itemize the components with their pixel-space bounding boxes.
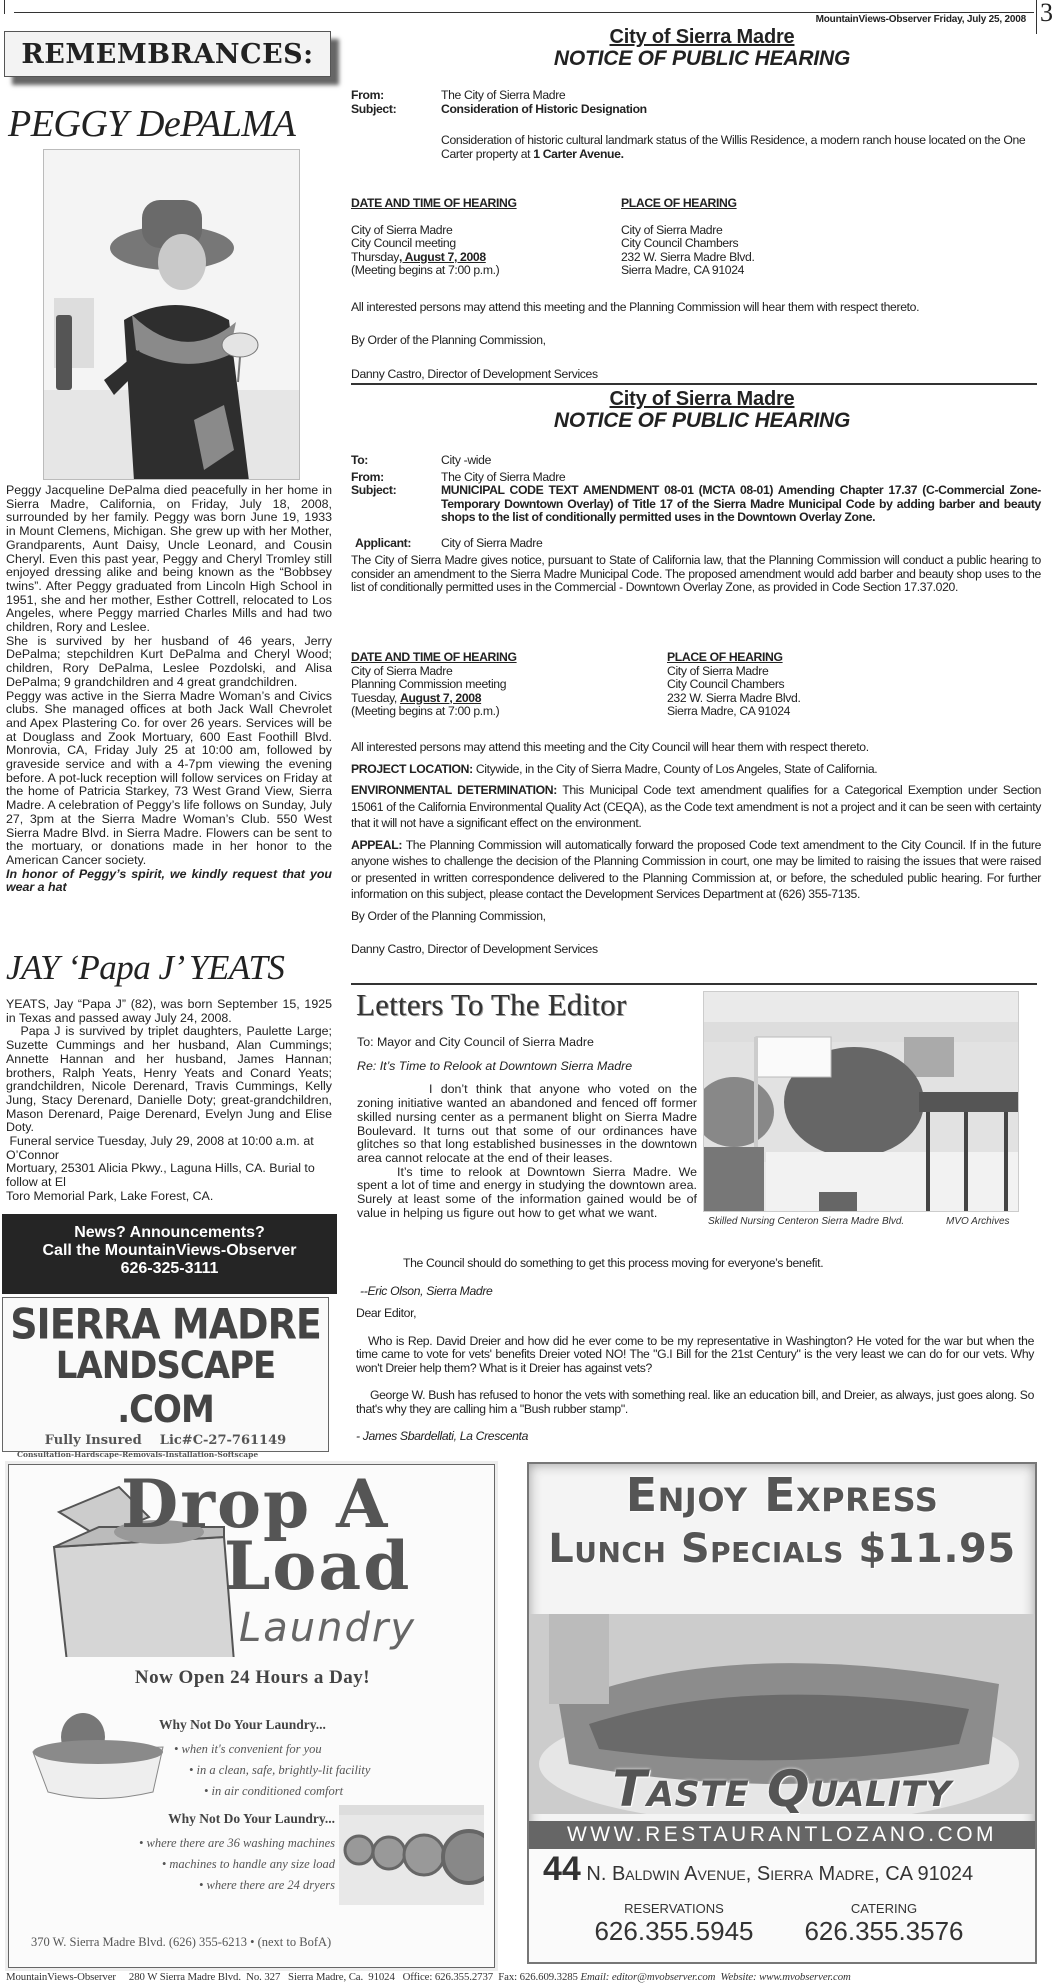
obituary-body-yeats: YEATS, Jay “Papa J” (82), was born Septe… <box>6 998 332 1204</box>
notice-2-signature: Danny Castro, Director of Development Se… <box>351 941 1041 958</box>
date-line: City of Sierra Madre <box>351 224 621 238</box>
obituary-body-peggy: Peggy Jacqueline DePalma died peacefully… <box>6 484 332 895</box>
restaurant-website-bar: WWW.RESTAURANTLOZANO.COM <box>529 1821 1035 1849</box>
restaurant-street-number: 44 <box>543 1850 581 1888</box>
letter-1-signature: --Eric Olson, Sierra Madre <box>357 1284 492 1298</box>
letter-1-closing: The Council should do something to get t… <box>403 1256 1043 1270</box>
date-time: (Meeting begins at 7:00 p.m.) <box>351 264 621 278</box>
notice-2-header-fields: To:City -wide From:The City of Sierra Ma… <box>351 454 1041 595</box>
section-divider <box>351 983 1037 985</box>
letters-heading: Letters To The Editor <box>356 987 626 1023</box>
place-heading: PLACE OF HEARING <box>621 197 891 211</box>
catering-phone: 626.355.3576 <box>779 1916 989 1947</box>
laundry-why-2: Why Not Do Your Laundry... <box>115 1811 335 1827</box>
letter-2: Dear Editor, Who is Rep. David Dreier an… <box>356 1307 1034 1444</box>
appeal-value: The Planning Commission will automatical… <box>351 838 1041 902</box>
landscape-title-1: SIERRA MADRE <box>3 1302 328 1346</box>
footer-publication: MountainViews-Observer <box>6 1971 116 1983</box>
notice-2-intro: The City of Sierra Madre gives notice, p… <box>351 554 1041 595</box>
laundry-bullet: • machines to handle any size load <box>69 1854 335 1875</box>
place-line: Sierra Madre, CA 91024 <box>621 264 891 278</box>
from-value: The City of Sierra Madre <box>441 470 565 484</box>
laundry-basket-photo <box>23 1707 173 1802</box>
date-line: City Council meeting <box>351 237 621 251</box>
notice-2-heading: City of Sierra Madre NOTICE OF PUBLIC HE… <box>352 388 1052 433</box>
restaurant-tagline: Taste Quality <box>529 1760 1035 1818</box>
photo-credit: MVO Archives <box>946 1216 1010 1227</box>
laundry-bullet: • when it's convenient for you <box>174 1739 370 1760</box>
top-rule <box>14 12 1034 13</box>
letter-1-paragraph: It’s time to relook at Downtown Sierra M… <box>357 1166 697 1221</box>
news-line-1: News? Announcements? <box>2 1224 337 1242</box>
to-label: To: <box>351 454 441 468</box>
place-line: City Council Chambers <box>667 678 967 692</box>
footer-email[interactable]: editor@mvobserver.com <box>612 1971 715 1983</box>
laundry-bullets-1: • when it's convenient for you • in a cl… <box>174 1739 370 1802</box>
obituary-name-yeats: JAY ‘Papa J’ YEATS <box>6 948 284 988</box>
laundry-bullet: • where there are 36 washing machines <box>69 1833 335 1854</box>
nursing-center-photo <box>703 991 1019 1212</box>
notice-2-place-block: PLACE OF HEARING City of Sierra Madre Ci… <box>667 651 967 719</box>
obituary-paragraph: Toro Memorial Park, Lake Forest, CA. <box>6 1190 332 1204</box>
date-time: (Meeting begins at 7:00 p.m.) <box>351 705 661 719</box>
obituary-paragraph: Papa J is survived by triplet daughters,… <box>6 1025 332 1135</box>
date-date: August 7, 2008 <box>400 691 481 705</box>
notice-2-by-order: By Order of the Planning Commission, <box>351 908 1041 925</box>
notice-2-attend: All interested persons may attend this m… <box>351 739 1041 756</box>
notice-1-signature: Danny Castro, Director of Development Se… <box>351 367 1051 381</box>
landscape-services: Consultation-Hardscape-Removals-Installa… <box>3 1450 328 1459</box>
letter-1: To: Mayor and City Council of Sierra Mad… <box>357 1036 697 1220</box>
place-line: 232 W. Sierra Madre Blvd. <box>621 251 891 265</box>
landscape-title-2: LANDSCAPE .COM <box>3 1344 328 1432</box>
environmental-label: ENVIRONMENTAL DETERMINATION: <box>351 783 557 797</box>
obituary-closing: In honor of Peggy’s spirit, we kindly re… <box>6 868 332 895</box>
news-phone: 626-325-3111 <box>2 1260 337 1278</box>
notice-1-attend: All interested persons may attend this m… <box>351 300 1051 314</box>
from-label: From: <box>351 471 441 485</box>
section-divider <box>351 383 1037 385</box>
landscape-ad: SIERRA MADRE LANDSCAPE .COM Fully Insure… <box>2 1297 329 1452</box>
obituary-paragraph: Peggy Jacqueline DePalma died peacefully… <box>6 484 332 635</box>
letter-2-paragraph: Who is Rep. David Dreier and how did he … <box>356 1335 1034 1376</box>
restaurant-ad: Enjoy Express Lunch Specials $11.95 Tast… <box>527 1462 1037 1964</box>
photo-caption: Skilled Nursing Centeron Sierra Madre Bl… <box>708 1216 904 1227</box>
date-day: Thursday <box>351 250 399 264</box>
remembrances-title: REMEMBRANCES: <box>21 39 313 70</box>
catering-label: CATERING <box>809 1901 959 1916</box>
place-line: City Council Chambers <box>621 237 891 251</box>
page-border-left <box>4 0 5 14</box>
washing-machines-photo <box>339 1805 484 1905</box>
letter-2-paragraph: George W. Bush has refused to honor the … <box>356 1389 1034 1416</box>
applicant-value: City of Sierra Madre <box>441 536 542 550</box>
letter-1-to: To: Mayor and City Council of Sierra Mad… <box>357 1036 697 1050</box>
news-line-2: Call the MountainViews-Observer <box>2 1242 337 1260</box>
place-line: 232 W. Sierra Madre Blvd. <box>667 692 967 706</box>
notice-1-description: Consideration of historic cultural landm… <box>441 133 1041 161</box>
footer-office: Office: 626.355.2737 <box>403 1971 493 1983</box>
place-line: City of Sierra Madre <box>621 224 891 238</box>
letter-2-signature: - James Sbardellati, La Crescenta <box>356 1430 1034 1444</box>
project-location-label: PROJECT LOCATION: <box>351 762 473 776</box>
date-heading: DATE AND TIME OF HEARING <box>351 651 661 665</box>
notice-2-date-block: DATE AND TIME OF HEARING City of Sierra … <box>351 651 661 719</box>
notice-1-header-fields: From:The City of Sierra Madre Subject:Co… <box>351 89 1051 116</box>
laundry-bullet: • in air conditioned comfort <box>174 1781 370 1802</box>
place-line: City of Sierra Madre <box>667 665 967 679</box>
letter-2-greeting: Dear Editor, <box>356 1307 1034 1321</box>
obituary-name-peggy: PEGGY DePALMA <box>8 102 295 146</box>
description-address: 1 Carter Avenue. <box>533 147 623 161</box>
footer-website[interactable]: www.mvobserver.com <box>759 1971 851 1983</box>
date-line: Planning Commission meeting <box>351 678 661 692</box>
footer-fax: Fax: 626.609.3285 <box>498 1971 578 1983</box>
restaurant-website: WWW.RESTAURANTLOZANO.COM <box>529 1821 1035 1849</box>
subject-value: MUNICIPAL CODE TEXT AMENDMENT 08-01 (MCT… <box>441 484 1041 525</box>
masthead-date: MountainViews-Observer Friday, July 25, … <box>816 14 1026 25</box>
obituary-paragraph: Peggy was active in the Sierra Madre Wom… <box>6 690 332 868</box>
notice-2-city: City of Sierra Madre <box>352 388 1052 411</box>
reservations-phone: 626.355.5945 <box>569 1916 779 1947</box>
laundry-why-1: Why Not Do Your Laundry... <box>159 1717 326 1733</box>
date-line: City of Sierra Madre <box>351 665 661 679</box>
footer-website-label: Website: <box>721 1971 757 1983</box>
page-number: 3 <box>1040 0 1053 28</box>
date-date: , August 7, 2008 <box>399 250 486 264</box>
reservations-label: RESERVATIONS <box>599 1901 749 1916</box>
restaurant-street: N. Baldwin Avenue, Sierra Madre, CA 9102… <box>581 1863 973 1885</box>
notice-1-heading: City of Sierra Madre NOTICE OF PUBLIC HE… <box>352 26 1052 71</box>
obituary-paragraph: YEATS, Jay “Papa J” (82), was born Septe… <box>6 998 332 1025</box>
laundry-address: 370 W. Sierra Madre Blvd. (626) 355-6213… <box>31 1935 331 1950</box>
restaurant-headline-1: Enjoy Express <box>529 1470 1035 1520</box>
landscape-license: Fully Insured Lic#C-27-761149 <box>3 1433 328 1448</box>
obituary-paragraph: She is survived by her husband of 46 yea… <box>6 635 332 690</box>
notice-1-title: NOTICE OF PUBLIC HEARING <box>352 47 1052 71</box>
letter-1-paragraph: I don’t think that anyone who voted on t… <box>357 1083 697 1165</box>
notice-2-title: NOTICE OF PUBLIC HEARING <box>352 409 1052 433</box>
place-line: Sierra Madre, CA 91024 <box>667 705 967 719</box>
building-image <box>704 992 1019 1212</box>
news-announcements-box: News? Announcements? Call the MountainVi… <box>2 1214 337 1294</box>
restaurant-headline-2: Lunch Specials $11.95 <box>529 1524 1035 1574</box>
subject-value: Consideration of Historic Designation <box>441 102 647 116</box>
laundry-logo-line-2: Load <box>224 1533 411 1599</box>
subject-label: Subject: <box>351 484 441 525</box>
laundry-bullet: • where there are 24 dryers <box>69 1875 335 1896</box>
laundry-headline: Now Open 24 Hours a Day! <box>9 1667 496 1689</box>
page-footer: MountainViews-Observer 280 W Sierra Madr… <box>6 1971 851 1983</box>
notice-2-details: All interested persons may attend this m… <box>351 739 1041 958</box>
footer-address: 280 W Sierra Madre Blvd. No. 327 Sierra … <box>129 1971 395 1983</box>
notice-1-place-block: PLACE OF HEARING City of Sierra Madre Ci… <box>621 197 891 278</box>
laundry-logo-line-3: Laundry <box>239 1605 416 1651</box>
appeal-label: APPEAL: <box>351 838 402 852</box>
notice-1-by-order: By Order of the Planning Commission, <box>351 333 1051 347</box>
laundry-bullet: • in a clean, safe, brightly-lit facilit… <box>174 1760 370 1781</box>
place-heading: PLACE OF HEARING <box>667 651 967 665</box>
footer-email-label: Email: <box>580 1971 609 1983</box>
laundry-bullets-2: • where there are 36 washing machines • … <box>69 1833 335 1896</box>
from-label: From: <box>351 89 441 103</box>
date-day: Tuesday, <box>351 691 400 705</box>
to-value: City -wide <box>441 453 491 467</box>
remembrances-heading: REMEMBRANCES: <box>4 31 331 77</box>
peggy-photo <box>43 149 300 480</box>
subject-label: Subject: <box>351 103 441 117</box>
from-value: The City of Sierra Madre <box>441 88 565 102</box>
obituary-paragraph: Funeral service Tuesday, July 29, 2008 a… <box>6 1135 332 1162</box>
description-text: Consideration of historic cultural landm… <box>441 133 1025 161</box>
project-location-value: Citywide, in the City of Sierra Madre, C… <box>473 762 878 776</box>
date-heading: DATE AND TIME OF HEARING <box>351 197 621 211</box>
applicant-label: Applicant: <box>351 537 441 551</box>
letter-1-re: Re: It’s Time to Relook at Downtown Sier… <box>357 1060 697 1074</box>
restaurant-address: 44 N. Baldwin Avenue, Sierra Madre, CA 9… <box>543 1850 973 1889</box>
notice-1-date-block: DATE AND TIME OF HEARING City of Sierra … <box>351 197 621 278</box>
portrait-image <box>44 150 300 480</box>
notice-1-city: City of Sierra Madre <box>352 26 1052 49</box>
laundry-ad: Drop A Load Laundry Now Open 24 Hours a … <box>8 1464 495 1968</box>
obituary-paragraph: Mortuary, 25301 Alicia Pkwy., Laguna Hil… <box>6 1162 332 1189</box>
